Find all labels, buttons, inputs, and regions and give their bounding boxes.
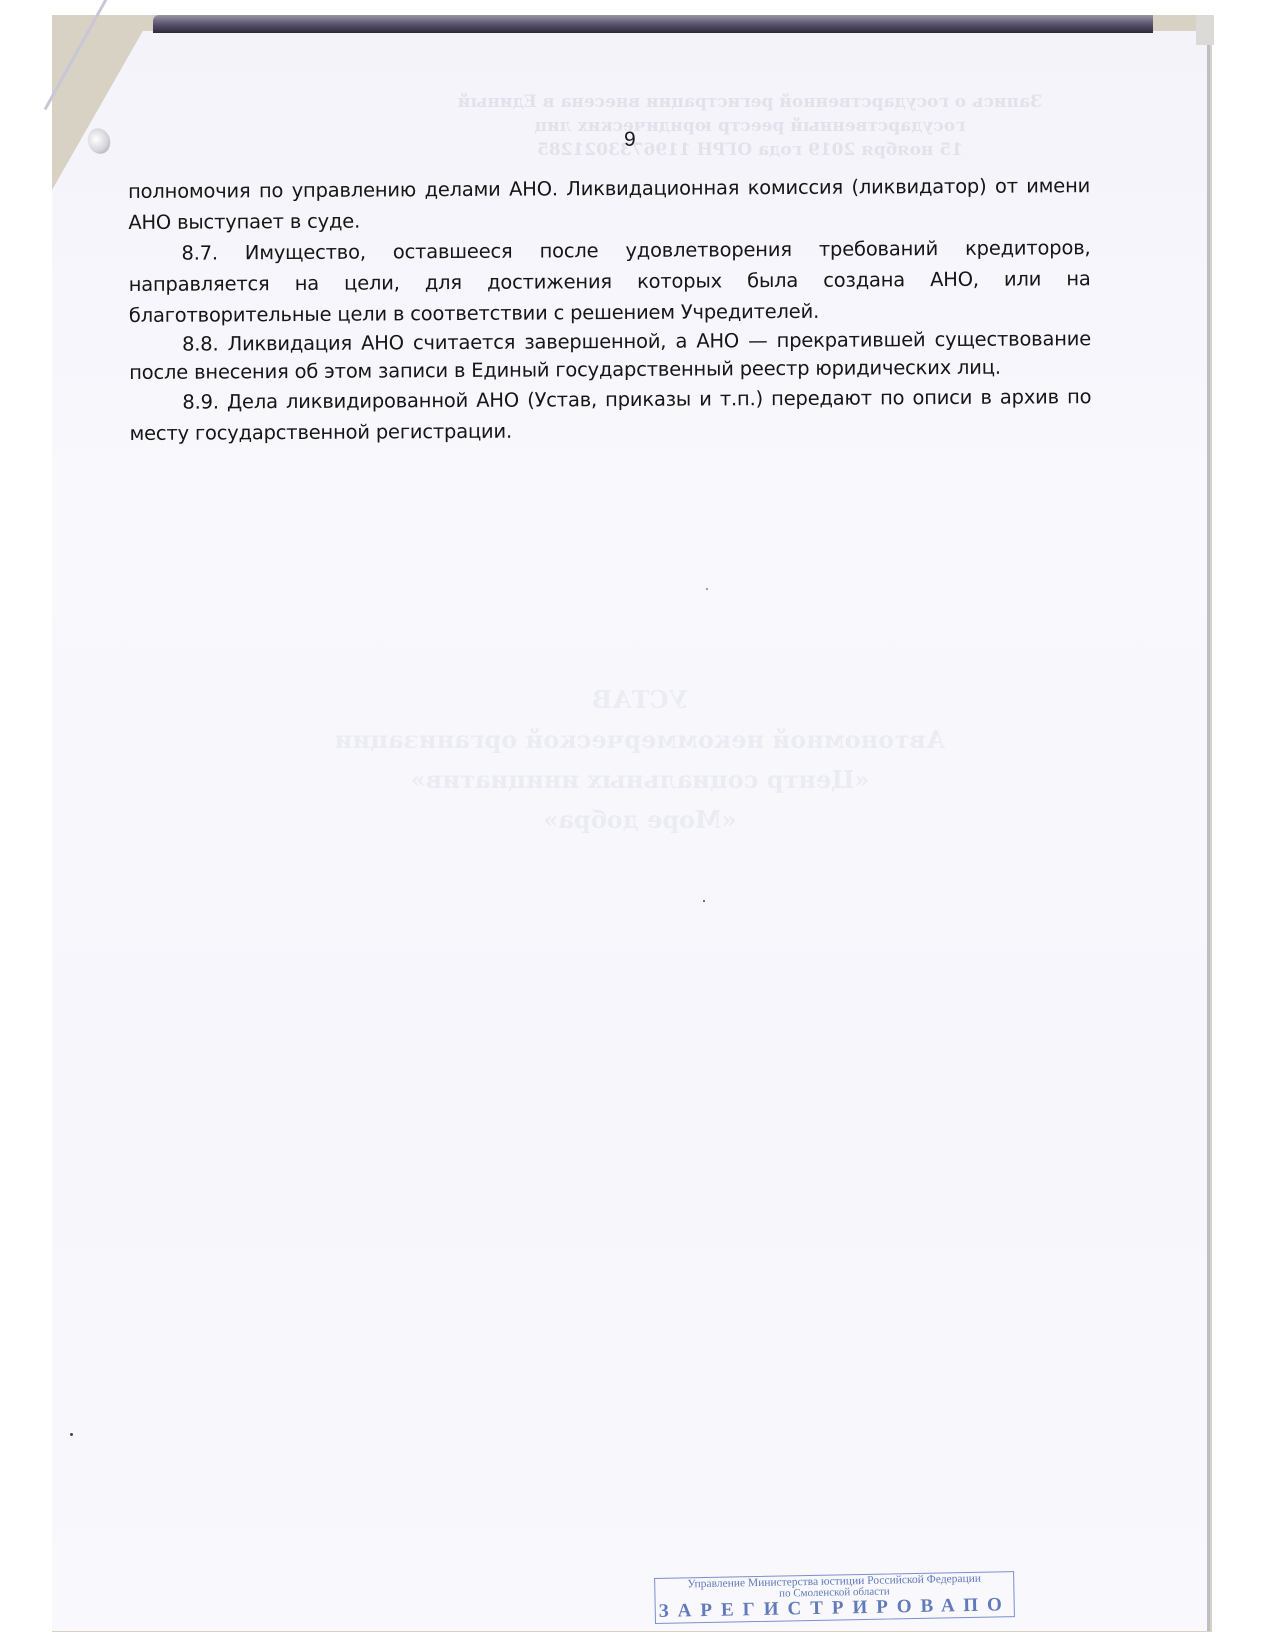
scan-speck — [70, 1433, 73, 1436]
bleed-line: Запись о государственной регистрации вне… — [380, 90, 1120, 114]
bleed-line: 15 ноября 2019 года ОГРН 1196733021285 — [380, 138, 1120, 162]
bleed-through-registration-note: Запись о государственной регистрации вне… — [380, 90, 1120, 162]
paragraph-8-7: 8.7. Имущество, оставшееся после удовлет… — [128, 232, 1091, 331]
scan-speck — [706, 588, 708, 590]
underlying-sheet-edge — [1196, 15, 1214, 45]
bleed-line: Автономной некоммерческой организации — [330, 720, 950, 760]
bleed-line: государственный реестр юридических лиц — [380, 114, 1120, 138]
page-top-edge-shadow — [153, 15, 1153, 33]
paragraph-continuation: полномочия по управлению делами АНО. Лик… — [128, 170, 1090, 238]
document-body: полномочия по управлению делами АНО. Лик… — [128, 170, 1092, 449]
bleed-line: «Центр социальных инициатив» — [330, 760, 950, 800]
paragraph-8-9: 8.9. Дела ликвидированной АНО (Устав, пр… — [129, 381, 1091, 449]
bleed-line: УСТАВ — [330, 680, 950, 720]
page-number: 9 — [624, 128, 636, 152]
paragraph-8-8: 8.8. Ликвидация АНО считается завершенно… — [129, 325, 1091, 387]
folded-corner — [52, 15, 152, 190]
bleed-through-cover-title: УСТАВ Автономной некоммерческой организа… — [330, 680, 950, 840]
registration-stamp: Управление Министерства юстиции Российск… — [654, 1571, 1015, 1624]
scan-speck — [703, 900, 705, 902]
bleed-line: «Море добра» — [330, 800, 950, 840]
